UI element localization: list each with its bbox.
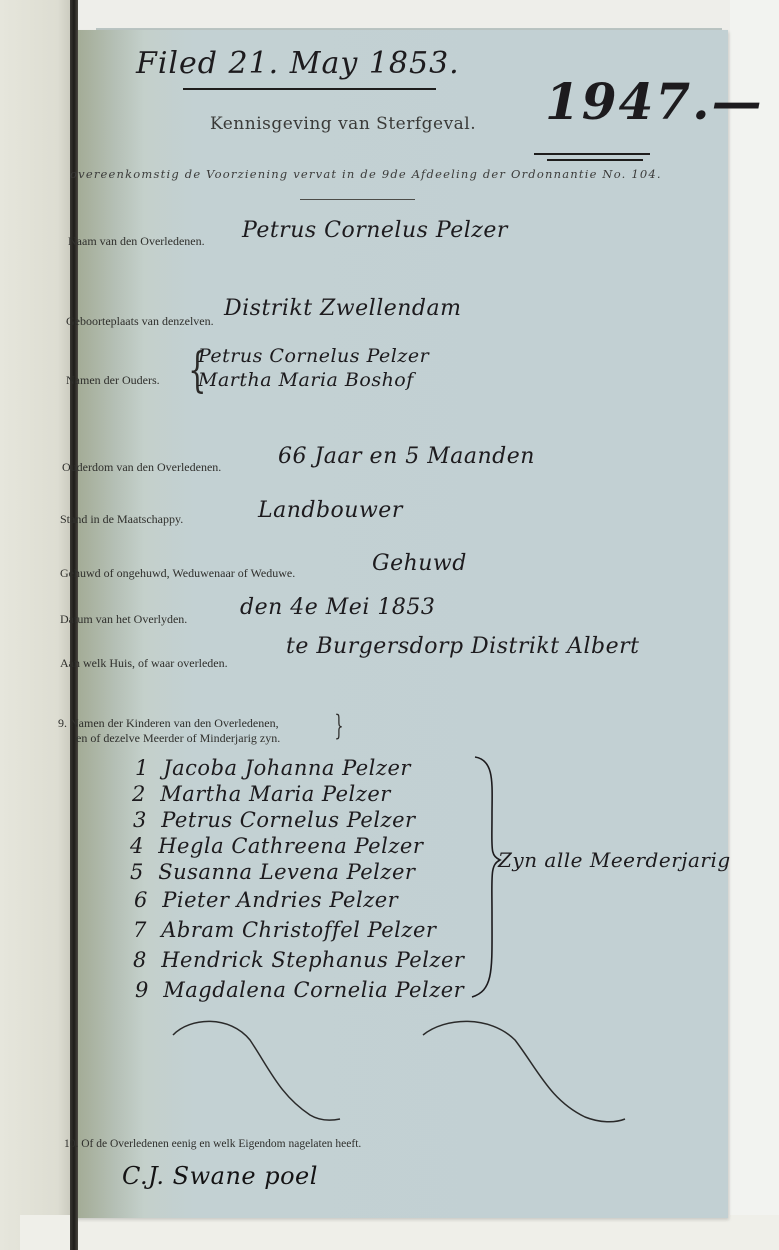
field-value-father: Petrus Cornelus Pelzer (198, 345, 429, 367)
child-name: Hegla Cathreena Pelzer (158, 834, 423, 858)
field-value-marital-status: Gehuwd (372, 551, 467, 576)
child-9: 9 Magdalena Cornelia Pelzer (135, 978, 464, 1002)
child-4: 4 Hegla Cathreena Pelzer (130, 834, 423, 858)
number-underline-1 (534, 153, 650, 155)
child-6: 6 Pieter Andries Pelzer (134, 888, 398, 912)
background-bottom (20, 1215, 779, 1250)
child-2: 2 Martha Maria Pelzer (132, 782, 391, 806)
child-name: Hendrick Stephanus Pelzer (161, 948, 464, 972)
child-number: 7 (133, 918, 147, 942)
field-label-occupation: Stand in de Maatschappy. (60, 512, 183, 527)
child-number: 5 (130, 860, 144, 884)
filed-date: Filed 21. May 1853. (136, 46, 460, 81)
field-label-place-of-death: Aan welk Huis, of waar overleden. (60, 656, 228, 671)
background-right (730, 0, 779, 1250)
document-number: 1947.— (545, 72, 764, 131)
child-number: 8 (133, 948, 147, 972)
child-number: 9 (135, 978, 149, 1002)
child-name: Martha Maria Pelzer (160, 782, 391, 806)
filed-underline (183, 88, 436, 90)
child-name: Susanna Levena Pelzer (158, 860, 415, 884)
number-underline-2 (547, 159, 643, 161)
subtitle-divider (300, 199, 415, 200)
child-number: 4 (130, 834, 144, 858)
child-5: 5 Susanna Levena Pelzer (130, 860, 415, 884)
field-label-age: Ouderdom van den Overledenen. (62, 460, 221, 475)
child-number: 1 (135, 756, 149, 780)
child-1: 1 Jacoba Johanna Pelzer (135, 756, 411, 780)
field-label-marital-status: Gehuwd of ongehuwd, Weduwenaar of Weduwe… (60, 566, 295, 581)
child-number: 2 (132, 782, 146, 806)
field-value-deceased-name: Petrus Cornelus Pelzer (242, 218, 508, 243)
flourish-right (420, 1015, 630, 1130)
document-title: Kennisgeving van Sterfgeval. (210, 114, 476, 134)
field-value-birthplace: Distrikt Zwellendam (224, 296, 461, 321)
field-value-date-of-death: den 4e Mei 1853 (240, 595, 435, 620)
field-label-parents: Namen der Ouders. (66, 373, 160, 388)
child-3: 3 Petrus Cornelus Pelzer (133, 808, 416, 832)
field-label-children-line2: en of dezelve Meerder of Minderjarig zyn… (76, 731, 280, 746)
field-label-children-line1: 9. Namen der Kinderen van den Overledene… (58, 716, 279, 731)
child-7: 7 Abram Christoffel Pelzer (133, 918, 436, 942)
field-value-place-of-death: te Burgersdorp Distrikt Albert (286, 634, 639, 659)
field-label-deceased-name: Naam van den Overledenen. (68, 234, 205, 249)
child-8: 8 Hendrick Stephanus Pelzer (133, 948, 464, 972)
child-name: Jacoba Johanna Pelzer (163, 756, 411, 780)
child-name: Abram Christoffel Pelzer (161, 918, 436, 942)
child-name: Petrus Cornelus Pelzer (161, 808, 415, 832)
child-name: Magdalena Cornelia Pelzer (163, 978, 464, 1002)
child-name: Pieter Andries Pelzer (162, 888, 398, 912)
field-label-estate: 10. Of de Overledenen eenig en welk Eige… (64, 1138, 361, 1150)
document-subtitle: overeenkomstig de Voorziening vervat in … (70, 167, 662, 181)
children-brace (470, 755, 510, 1000)
field-label-birthplace: Geboorteplaats van denzelven. (66, 314, 214, 329)
child-number: 6 (134, 888, 148, 912)
children-note: Zyn alle Meerderjarig (498, 848, 731, 872)
children-label-brace: } (334, 712, 343, 740)
flourish-left (170, 1015, 350, 1125)
field-value-occupation: Landbouwer (258, 498, 403, 523)
field-label-date-of-death: Datum van het Overlyden. (60, 612, 187, 627)
field-value-mother: Martha Maria Boshof (198, 369, 414, 391)
field-value-age: 66 Jaar en 5 Maanden (278, 444, 535, 469)
signature: C.J. Swane poel (122, 1162, 318, 1190)
child-number: 3 (133, 808, 147, 832)
